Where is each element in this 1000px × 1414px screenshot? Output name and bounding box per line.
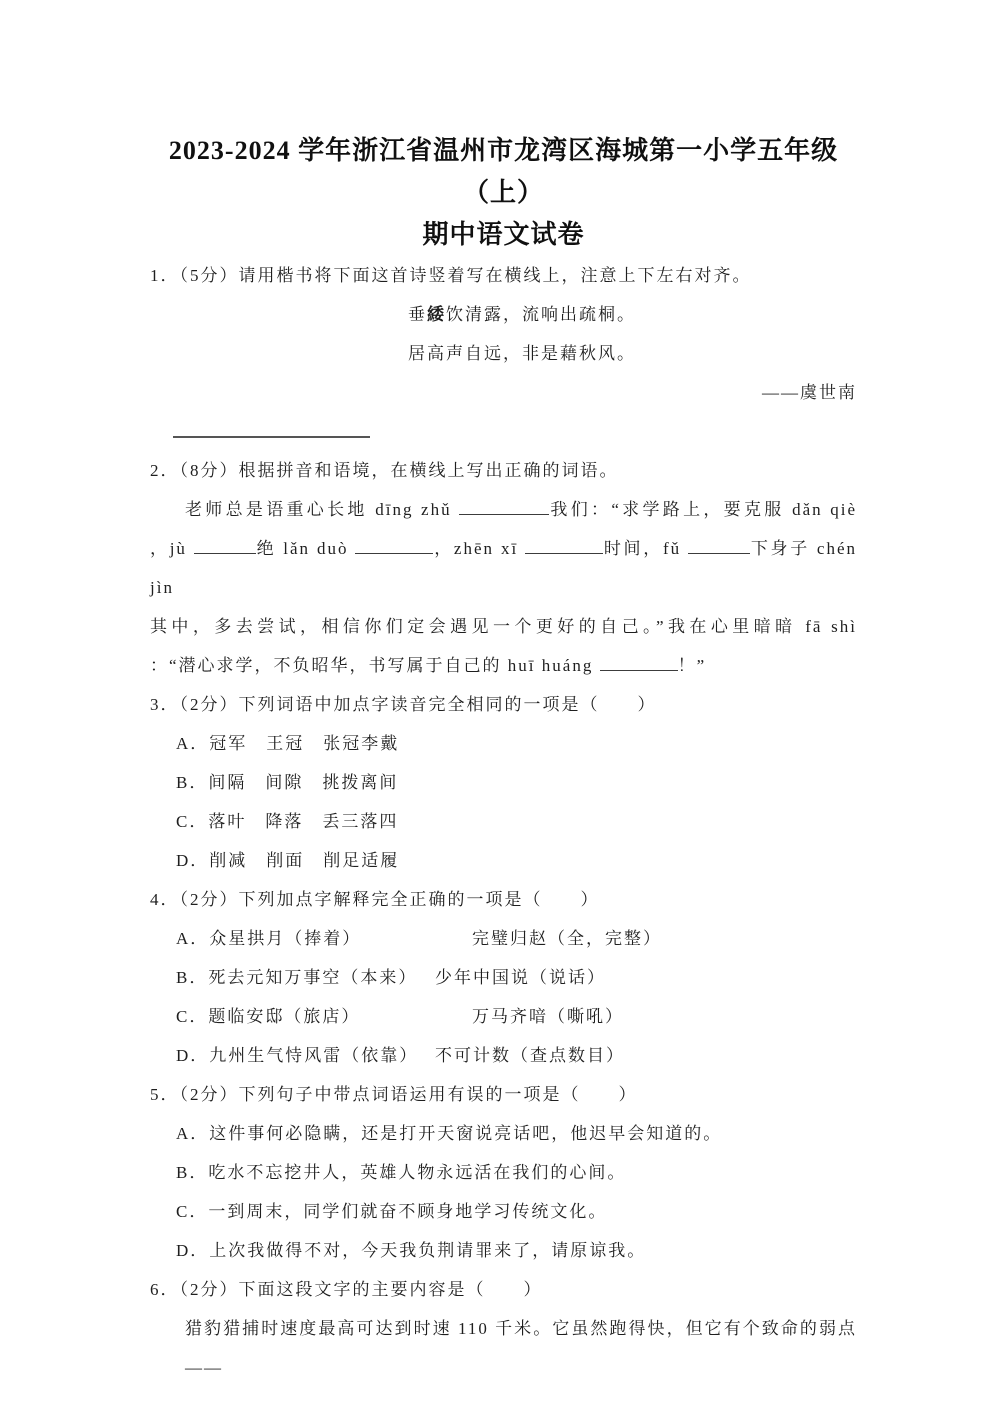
q3-option-d: D．削减 削面 削足适履 — [150, 841, 857, 880]
q4-option-c-right: 万马齐喑（嘶吼） — [472, 997, 624, 1036]
q4-option-d: D．九州生气恃风雷（依靠）不可计数（查点数目） — [150, 1036, 857, 1075]
question-3-stem: 3．（2分）下列词语中加点字读音完全相同的一项是（ ） — [150, 685, 857, 724]
poem-attribution: ——虞世南 — [150, 373, 857, 412]
q4-option-d-right: 不可计数（查点数目） — [435, 1036, 625, 1075]
question-5-stem: 5．（2分）下列句子中带点词语运用有误的一项是（ ） — [150, 1075, 857, 1114]
q4-option-a-left: A．众星拱月（捧着） — [176, 929, 361, 948]
q2-line2-seg4: 时间，fǔ — [603, 539, 688, 558]
q2-text-line-3: 其中，多去尝试，相信你们定会遇见一个更好的自己。”我在心里暗暗 fā shì — [150, 607, 857, 646]
q1-answer-line — [173, 436, 370, 438]
q2-blank-2 — [194, 539, 256, 554]
q2-line4-pre: ：“潜心求学，不负昭华，书写属于自己的 huī huáng — [150, 656, 600, 675]
q2-blank-3 — [355, 539, 433, 554]
q5-option-c: C．一到周末，同学们就奋不顾身地学习传统文化。 — [150, 1192, 857, 1231]
q4-option-b-right: 少年中国说（说话） — [435, 958, 606, 997]
q5-option-a: A．这件事何必隐瞒，还是打开天窗说亮话吧，他迟早会知道的。 — [150, 1114, 857, 1153]
poem-line-1-accent-char: 緌 — [427, 305, 446, 324]
page-title: 2023-2024 学年浙江省温州市龙湾区海城第一小学五年级（上） 期中语文试卷 — [150, 130, 857, 256]
q2-line1-pre: 老师总是语重心长地 dīng zhǔ — [185, 500, 459, 519]
q2-line1-post: 我们：“求学路上，要克服 dǎn qiè — [549, 500, 857, 519]
q2-blank-1 — [459, 500, 549, 515]
q2-blank-6 — [600, 656, 678, 671]
page-title-line1: 2023-2024 学年浙江省温州市龙湾区海城第一小学五年级（上） — [150, 130, 857, 214]
question-6-stem: 6．（2分）下面这段文字的主要内容是（ ） — [150, 1270, 857, 1309]
q4-option-a: A．众星拱月（捧着）完璧归赵（全，完整） — [150, 919, 857, 958]
poem-line-2: 居高声自远，非是藉秋风。 — [150, 334, 857, 373]
poem-line-1-pre: 垂 — [408, 305, 427, 324]
q2-line2-seg3: ，zhēn xī — [433, 539, 525, 558]
exam-paper-page: 2023-2024 学年浙江省温州市龙湾区海城第一小学五年级（上） 期中语文试卷… — [0, 0, 1000, 1414]
q2-text-line-4: ：“潜心求学，不负昭华，书写属于自己的 huī huáng ！” — [150, 646, 857, 685]
q4-option-c: C．题临安邸（旅店）万马齐喑（嘶吼） — [150, 997, 857, 1036]
q4-option-a-right: 完璧归赵（全，完整） — [472, 919, 662, 958]
q2-line4-post: ！” — [678, 656, 707, 675]
q4-option-c-left: C．题临安邸（旅店） — [176, 1007, 360, 1026]
q6-passage: 猎豹猎捕时速度最高可达到时速 110 千米。它虽然跑得快，但它有个致命的弱点—— — [150, 1309, 857, 1387]
exam-content: 2023-2024 学年浙江省温州市龙湾区海城第一小学五年级（上） 期中语文试卷… — [0, 130, 1000, 1387]
q4-option-b: B．死去元知万事空（本来）少年中国说（说话） — [150, 958, 857, 997]
q2-line2-seg2: 绝 lǎn duò — [256, 539, 356, 558]
poem-line-1: 垂緌饮清露，流响出疏桐。 — [150, 295, 857, 334]
question-2-stem: 2．（8分）根据拼音和语境，在横线上写出正确的词语。 — [150, 451, 857, 490]
q2-line2-seg1: ，jù — [150, 539, 194, 558]
question-1-stem: 1．（5分）请用楷书将下面这首诗竖着写在横线上，注意上下左右对齐。 — [150, 256, 857, 295]
q1-answer-area — [150, 412, 857, 451]
q5-option-b: B．吃水不忘挖井人，英雄人物永远活在我们的心间。 — [150, 1153, 857, 1192]
q2-text-line-2: ，jù 绝 lǎn duò ，zhēn xī 时间，fǔ 下身子 chén jì… — [150, 529, 857, 607]
question-4-stem: 4．（2分）下列加点字解释完全正确的一项是（ ） — [150, 880, 857, 919]
q3-option-a: A．冠军 王冠 张冠李戴 — [150, 724, 857, 763]
q2-blank-5 — [688, 539, 750, 554]
q2-text-line-1: 老师总是语重心长地 dīng zhǔ 我们：“求学路上，要克服 dǎn qiè — [150, 490, 857, 529]
q4-option-d-left: D．九州生气恃风雷（依靠） — [176, 1046, 418, 1065]
q3-option-b: B．间隔 间隙 挑拨离间 — [150, 763, 857, 802]
q4-option-b-left: B．死去元知万事空（本来） — [176, 968, 417, 987]
q5-option-d: D．上次我做得不对，今天我负荆请罪来了，请原谅我。 — [150, 1231, 857, 1270]
q2-blank-4 — [525, 539, 603, 554]
poem-line-1-post: 饮清露，流响出疏桐。 — [446, 305, 636, 324]
page-title-line2: 期中语文试卷 — [150, 214, 857, 256]
q3-option-c: C．落叶 降落 丢三落四 — [150, 802, 857, 841]
